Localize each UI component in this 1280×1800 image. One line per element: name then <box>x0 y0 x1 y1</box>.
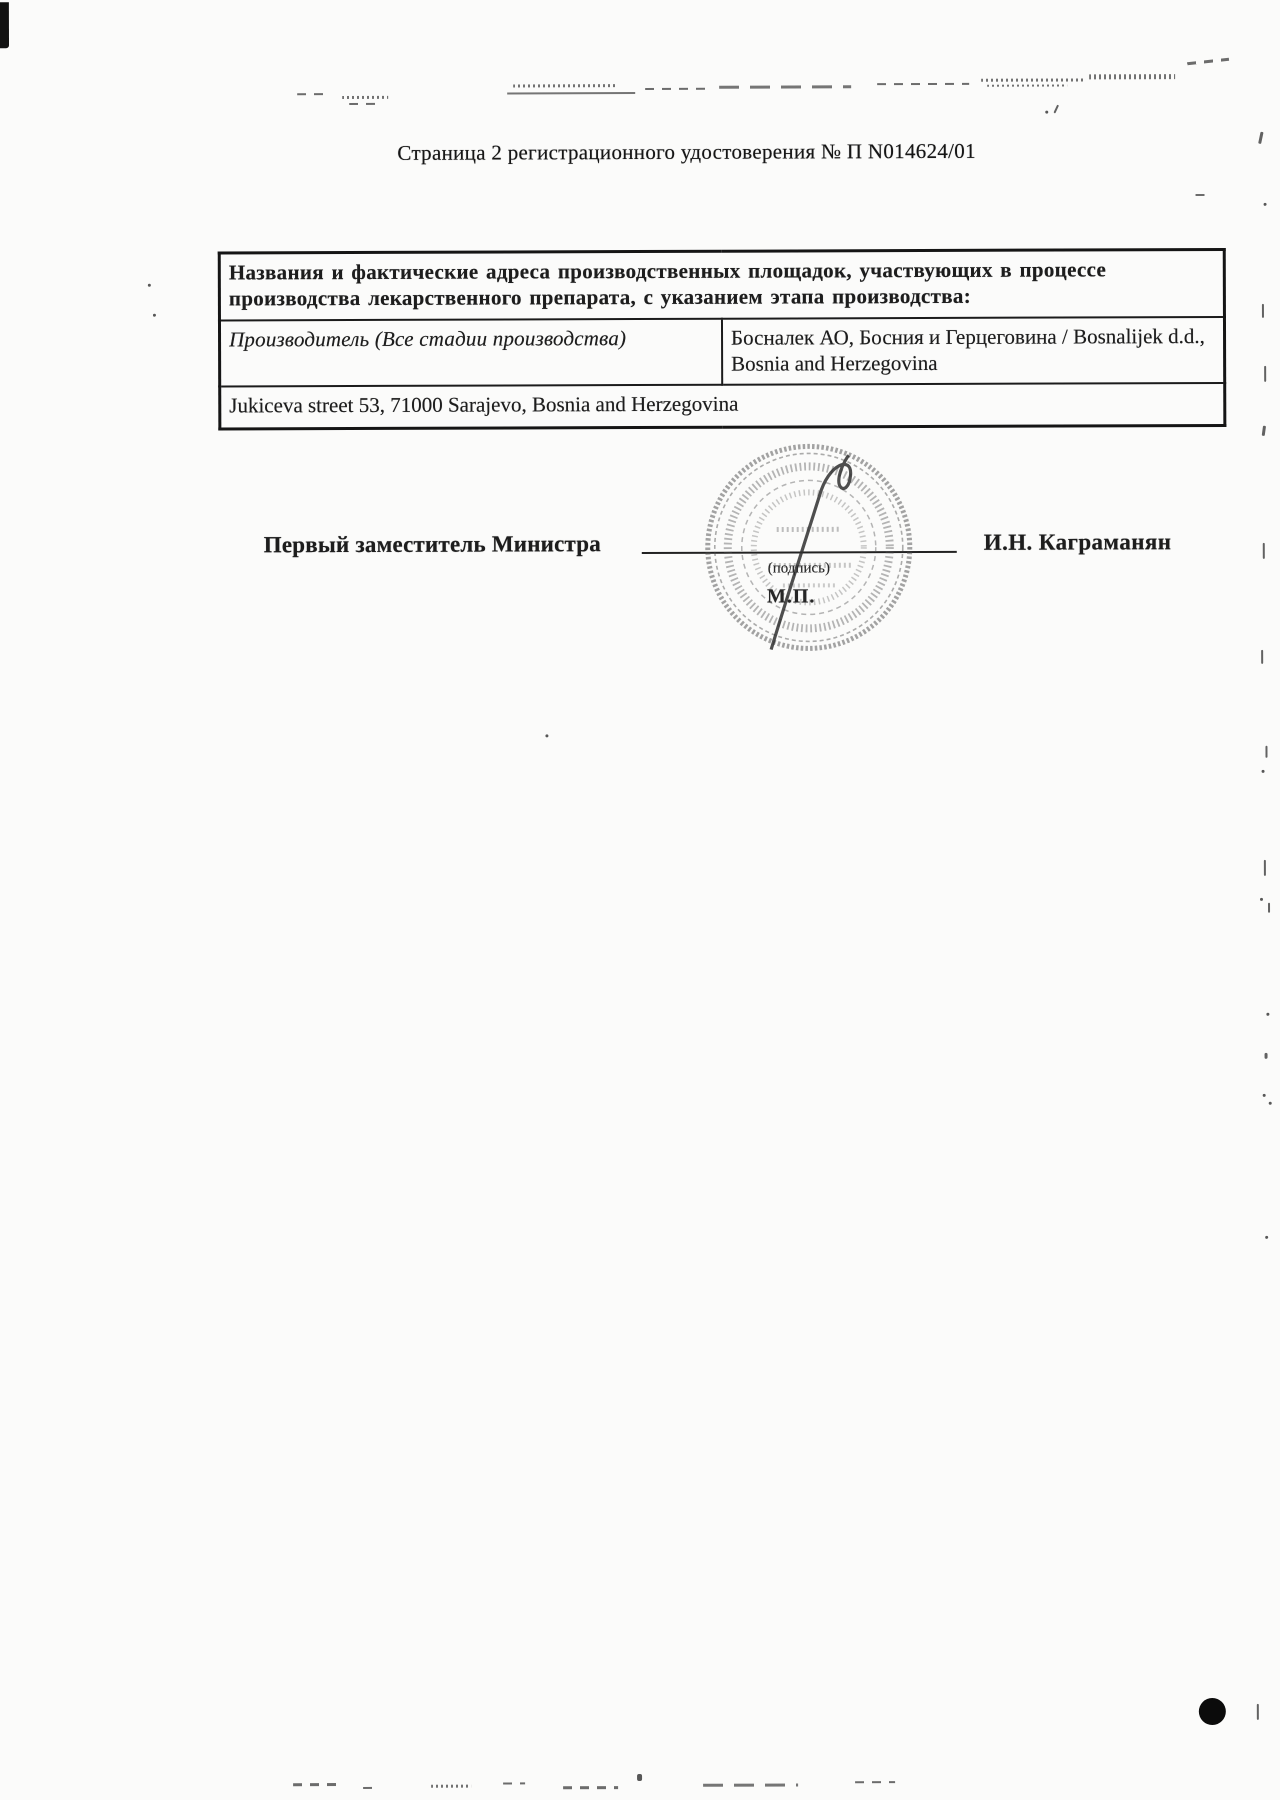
scan-artifact <box>703 1783 798 1786</box>
scan-artifact <box>987 85 1067 87</box>
scan-artifact <box>1257 1704 1259 1720</box>
scan-artifact <box>637 1774 642 1781</box>
table-row: Производитель (Все стадии производства) … <box>219 316 1224 386</box>
scan-artifact <box>1089 74 1175 79</box>
scan-artifact <box>1264 860 1266 876</box>
scan-artifact <box>1264 203 1267 206</box>
table-row: Jukiceva street 53, 71000 Sarajevo, Bosn… <box>220 383 1225 429</box>
scan-artifact <box>1260 898 1263 901</box>
producer-name-cell: Босналек АО, Босния и Герцеговина / Bosn… <box>722 316 1225 384</box>
scan-artifact <box>1262 426 1266 436</box>
scan-artifact <box>1262 304 1264 318</box>
scan-artifact <box>297 93 323 95</box>
scan-artifact <box>1269 1102 1272 1105</box>
scan-artifact <box>1268 903 1270 913</box>
scan-artifact <box>1264 366 1266 382</box>
scan-artifact <box>1261 650 1263 664</box>
scan-artifact <box>153 314 156 317</box>
scan-artifact-corner-bar <box>0 2 9 48</box>
scan-artifact <box>1265 1236 1268 1239</box>
producer-role-cell: Производитель (Все стадии производства) <box>219 318 722 386</box>
scan-artifact <box>293 1783 341 1786</box>
scan-artifact <box>1266 1013 1269 1016</box>
scan-artifact <box>507 92 635 94</box>
table-title-cell: Названия и фактические адреса производст… <box>219 249 1224 320</box>
scan-artifact <box>148 284 151 287</box>
signer-name: И.Н. Каграманян <box>984 529 1172 556</box>
scan-artifact <box>513 84 617 87</box>
scan-artifact <box>1045 111 1048 114</box>
stamp-ring <box>714 453 903 642</box>
scan-artifact <box>1262 770 1265 773</box>
scan-artifact <box>363 1787 377 1789</box>
scan-artifact <box>1263 1094 1266 1097</box>
scan-artifact <box>719 85 851 88</box>
signer-position-label: Первый заместитель Министра <box>264 531 601 558</box>
page-title: Страница 2 регистрационного удостоверени… <box>397 139 1057 166</box>
scan-artifact <box>503 1782 525 1784</box>
signature-stroke <box>770 455 851 649</box>
scan-artifact <box>877 83 969 85</box>
scan-artifact <box>545 734 548 737</box>
signature-caption: (подпись) <box>719 560 879 578</box>
scan-artifact <box>1258 132 1263 144</box>
scan-artifact <box>981 78 1085 81</box>
scan-artifact <box>855 1781 895 1783</box>
scan-artifact <box>563 1786 618 1789</box>
seal-place-label: М.П. <box>767 585 816 608</box>
official-round-stamp <box>698 437 919 658</box>
table-row: Названия и фактические адреса производст… <box>219 249 1224 320</box>
scan-artifact <box>1265 1053 1268 1059</box>
scan-artifact <box>1265 746 1267 758</box>
producer-address-cell: Jukiceva street 53, 71000 Sarajevo, Bosn… <box>220 383 1225 429</box>
scan-artifact <box>645 88 707 90</box>
scan-artifact <box>342 96 388 99</box>
scanned-document-page: Страница 2 регистрационного удостоверени… <box>0 0 1280 1800</box>
scan-artifact-ink-dot <box>1199 1698 1226 1725</box>
scan-artifact <box>1263 543 1265 559</box>
production-sites-table: Названия и фактические адреса производст… <box>218 248 1227 431</box>
stamp-outer-ring <box>707 446 910 649</box>
scan-artifact <box>1187 58 1229 66</box>
scan-artifact <box>1053 105 1059 114</box>
scan-artifact <box>1196 194 1212 196</box>
scan-artifact <box>349 103 379 105</box>
scan-artifact <box>431 1785 471 1788</box>
